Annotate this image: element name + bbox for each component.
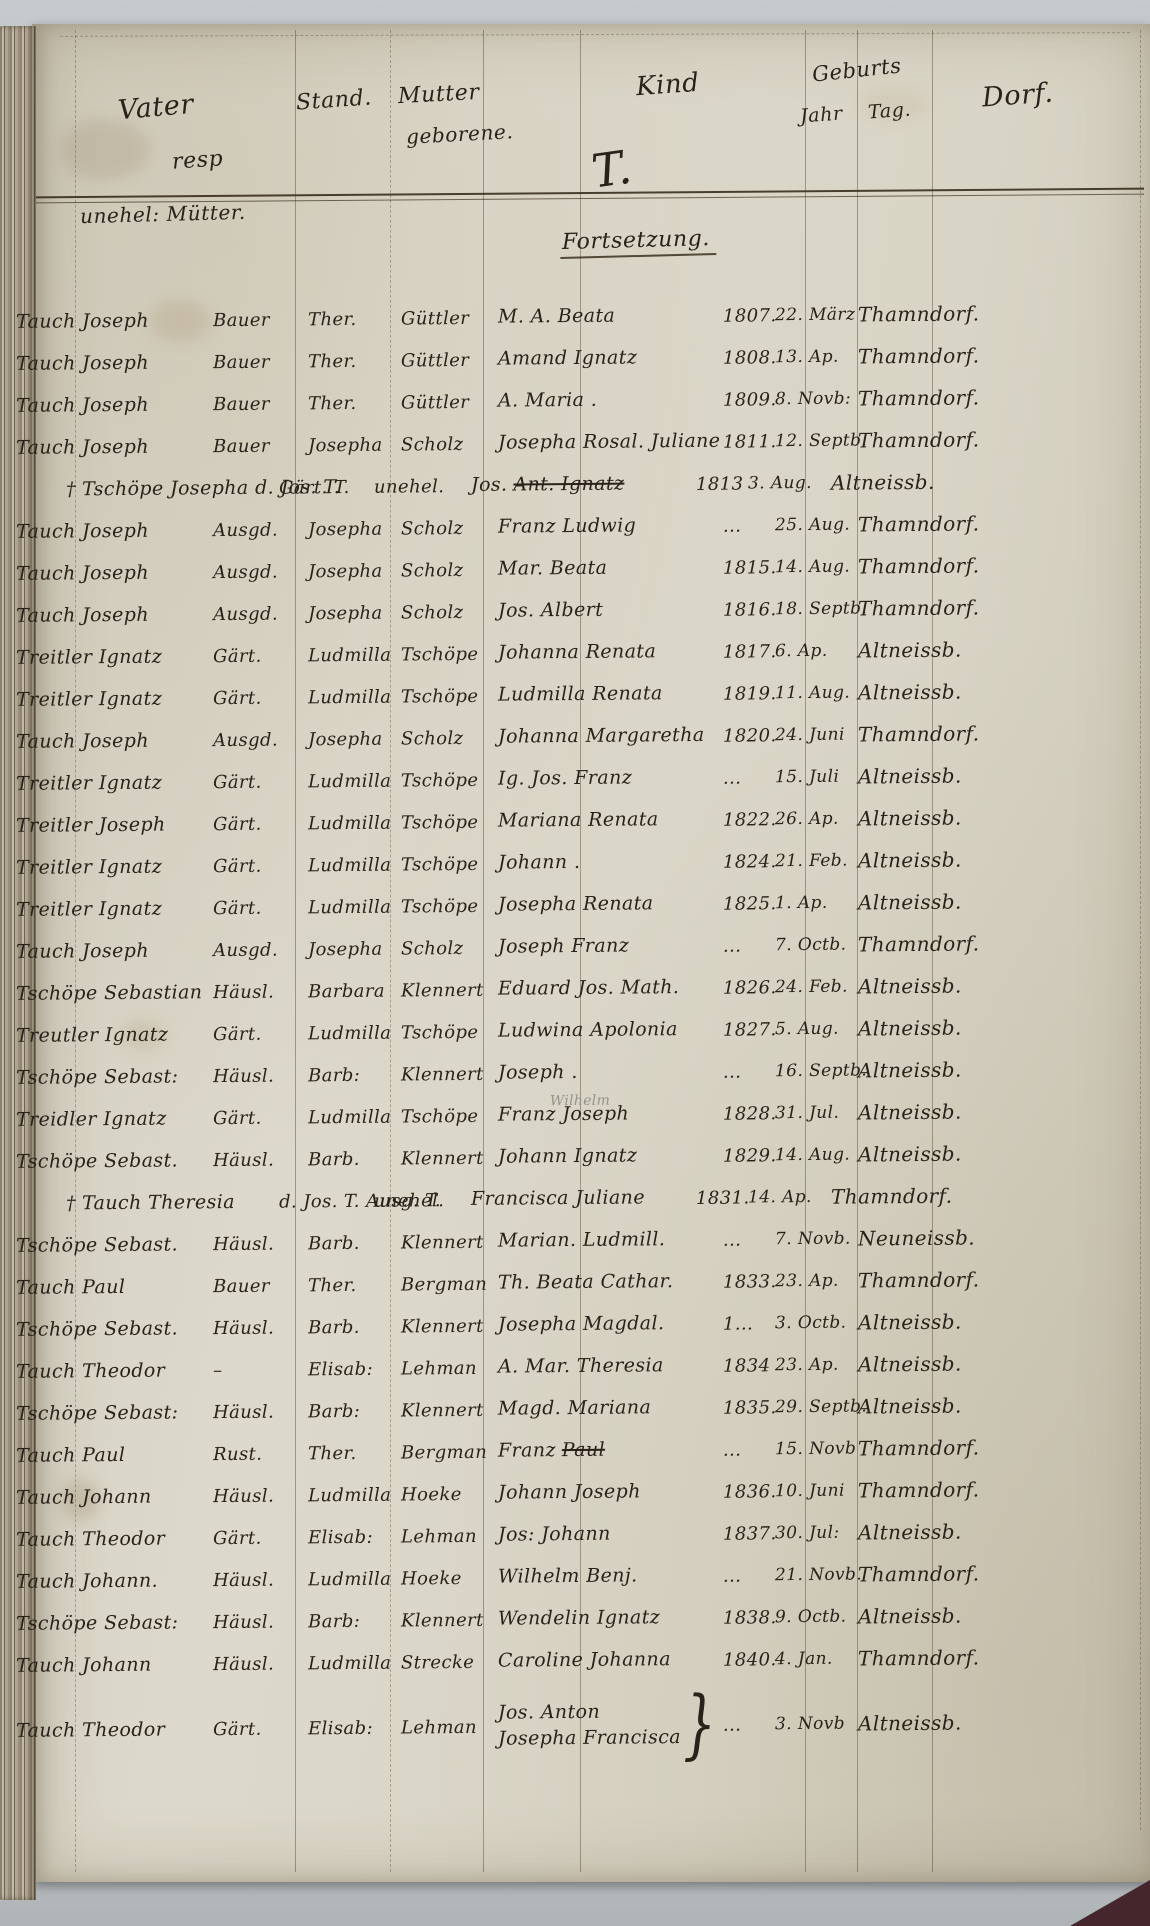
village-cell: Altneissb. (850, 806, 962, 831)
village-cell: Thamndorf. (850, 1267, 980, 1292)
mother-surname-cell: Klennert (401, 979, 498, 1001)
mother-first-name-cell: Josepha (308, 602, 401, 624)
father-cell: Tauch Joseph (0, 393, 213, 417)
village-cell: Altneissb. (850, 1352, 962, 1377)
child-name-lines: Mar. Beata (498, 556, 608, 583)
child-cell: Josepha Rosal. Juliane (498, 429, 723, 457)
child-cell: Eduard Jos. Math. (498, 975, 723, 1003)
stand-cell: Gärt. (213, 813, 308, 835)
mother-first-name-cell: Ther. (308, 308, 401, 330)
struck-through-name: Paul (562, 1439, 605, 1461)
stand-cell: Gärt. T. (279, 476, 374, 498)
village-cell: Altneissb. (850, 1142, 962, 1167)
father-cell: Tauch Joseph (0, 309, 213, 333)
mother-surname-cell: Hoeke (401, 1567, 498, 1589)
pencil-annotation: Wilhelm (550, 1093, 610, 1110)
village-cell: Thamndorf. (850, 301, 980, 326)
birth-year-cell: 1807. (723, 305, 775, 326)
birth-day-cell: 5. Aug. (775, 1019, 850, 1040)
child-name-line1: Wilhelm Benj. (498, 1564, 638, 1591)
header-child: Kind (635, 68, 700, 102)
child-name-lines: Jos. Albert (498, 598, 603, 625)
child-name-lines: Josepha Rosal. Juliane (498, 429, 721, 457)
mother-surname-cell: unehel. (374, 1189, 471, 1211)
child-cell: Johann Ignatz (498, 1143, 723, 1171)
birth-day-cell: 21. Feb. (775, 851, 850, 872)
father-cell: Treutler Ignatz (0, 1023, 213, 1047)
mother-surname-cell: Tschöpe (401, 853, 498, 875)
child-name-lines: Magd. Mariana (498, 1396, 651, 1423)
birth-day-cell: 24. Feb. (775, 977, 850, 998)
stand-cell: Ausgd. (213, 939, 308, 961)
father-cell: Tauch Joseph (0, 519, 213, 543)
child-name-line1: Jos. Anton (498, 1699, 681, 1726)
father-cell: Tauch Paul (0, 1275, 213, 1299)
birth-year-cell: 1819. (723, 683, 775, 704)
birth-day-cell: 12. Septb. (775, 431, 850, 452)
child-cell: Wilhelm Benj. (498, 1563, 723, 1591)
village-cell: Altneissb. (850, 1711, 962, 1736)
child-name-line1: A. Maria . (498, 388, 597, 415)
register-rows: Tauch Joseph Bauer Ther. Güttler M. A. B… (0, 296, 1150, 1770)
birth-year-cell: ... (723, 1061, 775, 1082)
birth-year-cell: 1824. (723, 851, 775, 872)
child-name-lines: Johann Joseph (498, 1480, 641, 1507)
village-cell: Altneissb. (850, 1058, 962, 1083)
child-cell: Johann Joseph (498, 1479, 723, 1507)
birth-year-cell: ... (723, 1439, 775, 1460)
section-title-continuation: Fortsetzung. (560, 226, 717, 259)
stand-cell: Rust. (213, 1443, 308, 1465)
mother-first-name-cell: Ludmilla (308, 854, 401, 876)
birth-day-cell: 15. Novb (775, 1439, 850, 1460)
birth-year-cell: ... (723, 1229, 775, 1250)
mother-first-name-cell: Barb: (308, 1064, 401, 1086)
child-cell: Jos.Ant. Ignatz (471, 471, 696, 499)
village-cell: Thamndorf. (850, 595, 980, 620)
village-cell: Thamndorf. (850, 511, 980, 536)
birth-day-cell: 10. Juni (775, 1481, 850, 1502)
child-name-lines: Wendelin Ignatz (498, 1605, 660, 1632)
birth-year-cell: ... (723, 1565, 775, 1586)
mother-first-name-cell: Elisab: (308, 1717, 401, 1739)
birth-year-cell: 1809. (723, 389, 775, 410)
child-name-line1: Marian. Ludmill. (498, 1227, 666, 1254)
child-cell: A. Maria . (498, 387, 723, 415)
child-cell: Josepha Renata (498, 891, 723, 919)
village-cell: Altneissb. (850, 848, 962, 873)
child-name-lines: Wilhelm Benj. (498, 1564, 638, 1591)
father-cell: Tschöpe Sebast. (0, 1317, 213, 1341)
mother-first-name-cell: Ludmilla (308, 1022, 401, 1044)
mother-surname-cell: Klennert (401, 1315, 498, 1337)
stand-cell: Häusl. (213, 1653, 308, 1675)
mother-surname-cell: unehel. (374, 475, 471, 497)
birth-year-cell: 1837. (723, 1523, 775, 1544)
village-cell: Thamndorf. (850, 721, 980, 746)
village-cell: Altneissb. (850, 764, 962, 789)
father-cell: Tauch Johann. (0, 1569, 213, 1593)
father-cell: Treidler Ignatz (0, 1107, 213, 1131)
father-cell: Tauch Johann (0, 1653, 213, 1677)
father-cell: Treitler Ignatz (0, 687, 213, 711)
father-cell: Tauch Theodor (0, 1527, 213, 1551)
birth-year-cell: 1829. (723, 1145, 775, 1166)
mother-first-name-cell: Barb: (308, 1400, 401, 1422)
mother-surname-cell: Tschöpe (401, 1021, 498, 1043)
child-cell: Joseph . (498, 1059, 723, 1087)
child-name-line1: Ig. Jos. Franz (498, 766, 632, 793)
child-cell: Joseph Franz (498, 933, 723, 961)
mother-surname-cell: Strecke (401, 1651, 498, 1673)
child-cell: Th. Beata Cathar. (498, 1269, 723, 1297)
child-name-line1: Josepha Renata (498, 891, 654, 918)
child-cell: Jos. Anton Josepha Francisca } (498, 1695, 724, 1757)
stand-cell: Ausgd. (213, 603, 308, 625)
stand-cell: Bauer (213, 351, 308, 373)
child-name-line1: Th. Beata Cathar. (498, 1269, 674, 1296)
child-name-line1: M. A. Beata (498, 304, 615, 331)
mother-surname-cell: Tschöpe (401, 769, 498, 791)
scanned-register-page: { "header": { "col_father": "Vater", "co… (0, 0, 1150, 1926)
child-name-line1: Johann Joseph (498, 1480, 641, 1507)
village-cell: Thamndorf. (850, 931, 980, 956)
child-cell: Amand Ignatz (498, 345, 723, 373)
mother-surname-cell: Tschöpe (401, 811, 498, 833)
mother-surname-cell: Scholz (401, 433, 498, 455)
mother-surname-cell: Bergman (401, 1441, 498, 1463)
mother-surname-cell: Tschöpe (401, 895, 498, 917)
mother-first-name-cell: Ther. (308, 1442, 401, 1464)
child-name-line1: Johann Ignatz (498, 1144, 637, 1171)
child-cell: Josepha Magdal. (498, 1311, 723, 1339)
child-name-lines: Johann . (498, 850, 581, 876)
subheader-illegitimate-mothers: unehel: Mütter. (80, 200, 246, 228)
stand-cell: Häusl. (213, 1065, 308, 1087)
mother-surname-cell: Klennert (401, 1609, 498, 1631)
birth-year-cell: 1813 (696, 473, 748, 494)
father-cell: Tschöpe Sebast. (0, 1233, 213, 1257)
stand-cell: Häusl. (213, 1611, 308, 1633)
birth-year-cell: ... (723, 935, 775, 956)
village-cell: Thamndorf. (850, 553, 980, 578)
mother-first-name-cell: Josepha (308, 518, 401, 540)
child-cell: Jos. Albert (498, 597, 723, 625)
stand-cell: Häusl. (213, 1485, 308, 1507)
father-cell: Treitler Ignatz (0, 897, 213, 921)
mother-surname-cell: Hoeke (401, 1483, 498, 1505)
birth-year-cell: 1825. (723, 893, 775, 914)
child-name-lines: A. Mar. Theresia (498, 1353, 664, 1380)
child-cell: Wilhelm Franz Joseph (498, 1101, 723, 1129)
header-birth-day: Tag. (867, 99, 912, 124)
child-cell: Johann . (498, 849, 723, 877)
birth-day-cell: 4. Jan. (775, 1649, 850, 1670)
mother-surname-cell: Scholz (401, 727, 498, 749)
birth-year-cell: 1831. (696, 1187, 748, 1208)
village-cell: Altneissb. (850, 638, 962, 663)
stand-cell: Bauer (213, 309, 308, 331)
village-cell: Thamndorf. (850, 1645, 980, 1670)
mother-surname-cell: Scholz (401, 937, 498, 959)
mother-surname-cell: Tschöpe (401, 1105, 498, 1127)
village-cell: Altneissb. (850, 1310, 962, 1335)
header-father: Vater (117, 89, 195, 126)
child-cell: M. A. Beata (498, 303, 723, 331)
birth-day-cell: 9. Octb. (775, 1607, 850, 1628)
birth-day-cell: 1. Ap. (775, 893, 850, 914)
mother-surname-cell: Klennert (401, 1231, 498, 1253)
child-name-lines: M. A. Beata (498, 304, 615, 331)
birth-day-cell: 15. Juli (775, 767, 850, 788)
struck-through-name: Ant. Ignatz (513, 473, 624, 496)
father-cell: Tauch Johann (0, 1485, 213, 1509)
child-name-line1: Caroline Johanna (498, 1647, 671, 1674)
birth-year-cell: 1838. (723, 1607, 775, 1628)
child-cell: Magd. Mariana (498, 1395, 723, 1423)
stand-cell: Bauer (213, 393, 308, 415)
child-name-line1: Joseph . (498, 1060, 578, 1086)
mother-first-name-cell: Ludmilla (308, 1568, 401, 1590)
birth-day-cell: 30. Jul: (775, 1523, 850, 1544)
father-cell: Tauch Joseph (0, 939, 213, 963)
mother-first-name-cell: Ludmilla (308, 770, 401, 792)
child-cell: Franz Ludwig (498, 513, 723, 541)
child-name-line1: Josepha Magdal. (498, 1311, 665, 1338)
birth-year-cell: 1815. (723, 557, 775, 578)
child-cell: Ludwina Apolonia (498, 1017, 723, 1045)
mother-first-name-cell: Josepha (308, 560, 401, 582)
mother-surname-cell: Scholz (401, 559, 498, 581)
child-name-lines: Joseph Franz (498, 934, 629, 961)
father-cell: Tschöpe Sebast: (0, 1065, 213, 1089)
mother-first-name-cell: Ludmilla (308, 686, 401, 708)
birth-day-cell: 23. Ap. (775, 1271, 850, 1292)
child-name-line1: Franz Ludwig (498, 514, 636, 541)
stand-cell: Ausgd. (213, 729, 308, 751)
header-father-sub: resp (171, 146, 224, 175)
father-cell: Treitler Joseph (0, 813, 213, 837)
mother-first-name-cell: Ther. (308, 1274, 401, 1296)
mother-first-name-cell: Elisab: (308, 1358, 401, 1380)
village-cell: Thamndorf. (850, 385, 980, 410)
child-name-lines: Jos.Ant. Ignatz (471, 472, 625, 499)
child-name-line1: Jos.Ant. Ignatz (471, 472, 625, 499)
child-name-lines: Ludmilla Renata (498, 681, 663, 708)
birth-year-cell: ... (723, 515, 775, 536)
village-cell: Altneissb. (850, 974, 962, 999)
mother-surname-cell: Klennert (401, 1147, 498, 1169)
child-name-lines: Francisca Juliane (471, 1186, 645, 1213)
birth-day-cell: 13. Ap. (775, 347, 850, 368)
child-name-line1: FranzPaul (498, 1438, 605, 1465)
stand-cell: Häusl. (213, 1401, 308, 1423)
birth-day-cell: 26. Ap. (775, 809, 850, 830)
birth-year-cell: 1833. (723, 1271, 775, 1292)
mother-surname-cell: Scholz (401, 517, 498, 539)
birth-year-cell: 1822. (723, 809, 775, 830)
stand-cell: Gärt. (213, 1527, 308, 1549)
child-name-line1: Jos. Albert (498, 598, 603, 625)
child-name-line1: Jos: Johann (498, 1522, 611, 1549)
father-cell: Tauch Joseph (0, 603, 213, 627)
child-name-lines: Josepha Magdal. (498, 1311, 665, 1338)
header-stand: Stand. (295, 85, 372, 115)
birth-day-cell: 16. Septb. (775, 1061, 850, 1082)
mother-surname-cell: Lehman (401, 1525, 498, 1547)
father-cell: Tschöpe Sebastian (0, 981, 213, 1005)
child-name-line1: Magd. Mariana (498, 1396, 651, 1423)
mother-first-name-cell: Ludmilla (308, 644, 401, 666)
child-cell: Jos: Johann (498, 1521, 723, 1549)
child-name-lines: FranzPaul (498, 1438, 605, 1465)
stand-cell: Gärt. (213, 1107, 308, 1129)
village-cell: Altneissb. (850, 1394, 962, 1419)
child-name-lines: Caroline Johanna (498, 1647, 671, 1674)
stand-cell: Bauer (213, 1275, 308, 1297)
child-name-line1: Mariana Renata (498, 807, 659, 834)
birth-year-cell: 1827. (723, 1019, 775, 1040)
mother-first-name-cell: Barb. (308, 1148, 401, 1170)
child-name-line1: A. Mar. Theresia (498, 1353, 664, 1380)
father-cell: Tauch Joseph (0, 435, 213, 459)
mother-first-name-cell: Ther. (308, 350, 401, 372)
child-name-lines: Johanna Margaretha (498, 723, 705, 750)
child-cell: Caroline Johanna (498, 1647, 723, 1675)
father-cell: Tauch Joseph (0, 351, 213, 375)
stand-cell: Gärt. (213, 645, 308, 667)
child-name-line1: Francisca Juliane (471, 1186, 645, 1213)
stand-cell: Gärt. (213, 687, 308, 709)
stand-cell: Häusl. (213, 1569, 308, 1591)
mother-first-name-cell: Ludmilla (308, 896, 401, 918)
mother-first-name-cell: Barb: (308, 1610, 401, 1632)
birth-year-cell: 1836. (723, 1481, 775, 1502)
mother-first-name-cell: Ludmilla (308, 1106, 401, 1128)
child-name-line1: Ludmilla Renata (498, 681, 663, 708)
stand-cell: – (213, 1359, 308, 1381)
mother-first-name-cell: Josepha (308, 434, 401, 456)
birth-day-cell: 3. Aug. (748, 473, 823, 494)
birth-year-cell: 1817. (723, 641, 775, 662)
stand-cell: Bauer (213, 435, 308, 457)
birth-day-cell: 7. Octb. (775, 935, 850, 956)
birth-year-cell: 1840. (723, 1649, 775, 1670)
child-name-lines: Th. Beata Cathar. (498, 1269, 674, 1296)
village-cell: Thamndorf. (850, 427, 980, 452)
child-cell: Ludmilla Renata (498, 681, 723, 709)
mother-first-name-cell: Elisab: (308, 1526, 401, 1548)
father-cell: Tschöpe Sebast: (0, 1401, 213, 1425)
father-cell: Tauch Theodor (0, 1718, 213, 1742)
child-name-lines: Jos: Johann (498, 1522, 611, 1549)
header-mother: Mutter (397, 80, 480, 109)
child-name-lines: Marian. Ludmill. (498, 1227, 666, 1254)
village-cell: Altneissb. (850, 890, 962, 915)
father-cell: Tauch Theodor (0, 1359, 213, 1383)
child-name-lines: A. Maria . (498, 388, 597, 415)
child-name-line1: Johanna Renata (498, 639, 656, 666)
stand-cell: Gärt. (213, 1023, 308, 1045)
birth-year-cell: 1816. (723, 599, 775, 620)
birth-day-cell: 18. Septb. (775, 599, 850, 620)
mother-surname-cell: Güttler (401, 307, 498, 329)
birth-year-cell: 1808. (723, 347, 775, 368)
mother-surname-cell: Bergman (401, 1273, 498, 1295)
mother-surname-cell: Tschöpe (401, 685, 498, 707)
child-name-lines: Eduard Jos. Math. (498, 975, 679, 1002)
mother-first-name-cell: Ludmilla (308, 812, 401, 834)
birth-day-cell: 3. Novb (775, 1714, 850, 1735)
mother-first-name-cell: Ludmilla (308, 1484, 401, 1506)
child-cell: Marian. Ludmill. (498, 1227, 723, 1255)
stand-cell: Häusl. (213, 1233, 308, 1255)
child-name-line1: Joseph Franz (498, 934, 629, 961)
stand-cell: Ausgd. (213, 519, 308, 541)
mother-surname-cell: Güttler (401, 349, 498, 371)
birth-year-cell: 1835. (723, 1397, 775, 1418)
child-name-line1: Amand Ignatz (498, 346, 637, 373)
village-cell: Altneissb. (850, 1100, 962, 1125)
mother-surname-cell: Tschöpe (401, 643, 498, 665)
mother-surname-cell: Scholz (401, 601, 498, 623)
child-name-lines: Franz Ludwig (498, 514, 636, 541)
stand-cell: Gärt. (213, 1718, 308, 1740)
birth-day-cell: 8. Novb: (775, 389, 850, 410)
birth-day-cell: 7. Novb. (775, 1229, 850, 1250)
child-name-line1: Mar. Beata (498, 556, 608, 583)
child-cell: Mar. Beata (498, 555, 723, 583)
father-cell: Tauch Joseph (0, 729, 213, 753)
register-row: Tauch Theodor Gärt. Elisab: Lehman Jos. … (0, 1677, 1150, 1775)
child-name-line1: Eduard Jos. Math. (498, 975, 679, 1002)
child-name-line1: Wendelin Ignatz (498, 1605, 660, 1632)
child-cell: Johanna Renata (498, 639, 723, 667)
binding-corner-shadow (1070, 1880, 1150, 1926)
stand-cell: Häusl. (213, 981, 308, 1003)
birth-year-cell: ... (723, 767, 775, 788)
section-letter: T. (588, 139, 635, 198)
child-name-lines: Ludwina Apolonia (498, 1017, 678, 1044)
child-name-lines: Josepha Renata (498, 891, 654, 918)
birth-day-cell: 21. Novb. (775, 1565, 850, 1586)
mother-surname-cell: Klennert (401, 1063, 498, 1085)
header-village: Dorf. (981, 78, 1054, 114)
village-cell: Thamndorf. (850, 1435, 980, 1460)
mother-first-name-cell: Barbara (308, 980, 401, 1002)
mother-first-name-cell: Barb. (308, 1316, 401, 1338)
village-cell: Altneissb. (850, 1016, 962, 1041)
mother-surname-cell: Lehman (401, 1357, 498, 1379)
birth-year-cell: 1811. (723, 431, 775, 452)
village-cell: Altneissb. (850, 1520, 962, 1545)
birth-year-cell: 1834 (723, 1355, 775, 1376)
child-cell: Mariana Renata (498, 807, 723, 835)
father-cell: Tschöpe Josepha d. Jos. T. (66, 477, 279, 501)
village-cell: Neuneissb. (850, 1226, 975, 1251)
village-cell: Altneissb. (823, 470, 935, 495)
child-name-line1: Johanna Margaretha (498, 723, 705, 750)
birth-day-cell: 29. Septb. (775, 1397, 850, 1418)
child-name-lines: Johann Ignatz (498, 1144, 637, 1171)
birth-year-cell: 1826. (723, 977, 775, 998)
stand-cell: Häusl. (213, 1317, 308, 1339)
father-cell: Treitler Ignatz (0, 855, 213, 879)
mother-surname-cell: Lehman (401, 1716, 498, 1738)
birth-day-cell: 23. Ap. (775, 1355, 850, 1376)
village-cell: Altneissb. (850, 680, 962, 705)
child-cell: Francisca Juliane (471, 1185, 696, 1213)
